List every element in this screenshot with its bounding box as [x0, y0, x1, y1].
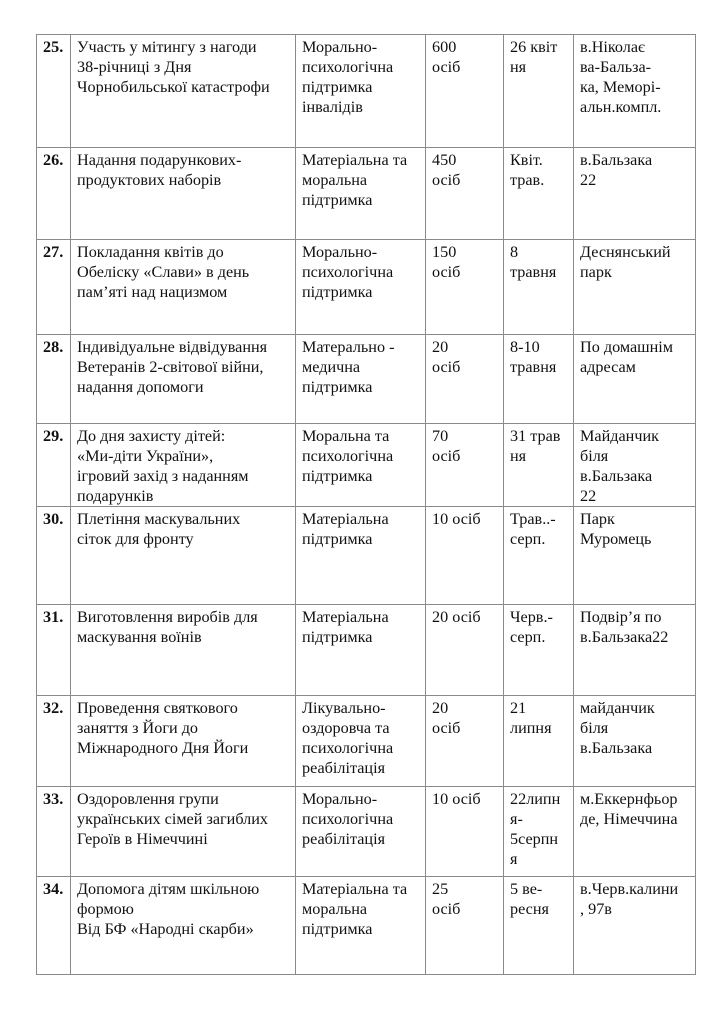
- table-row: 26.Надання подарункових- продуктових наб…: [37, 148, 696, 240]
- event-date-cell: 8 травня: [504, 240, 574, 335]
- table-row: 34.Допомога дітям шкільною формою Від БФ…: [37, 877, 696, 975]
- event-date-cell: 8-10 травня: [504, 335, 574, 424]
- support-type-cell: Матеріальна підтримка: [296, 605, 426, 696]
- table-row: 29.До дня захисту дітей: «Ми-діти Україн…: [37, 424, 696, 507]
- event-name-cell: Участь у мітингу з нагоди 38-річниці з Д…: [71, 35, 296, 148]
- row-number-cell: 34.: [37, 877, 71, 975]
- participants-count-cell: 10 осіб: [426, 787, 504, 877]
- row-number-cell: 31.: [37, 605, 71, 696]
- event-date-cell: 31 трав ня: [504, 424, 574, 507]
- event-date-cell: Трав..- серп.: [504, 507, 574, 605]
- table-row: 27.Покладання квітів до Обеліску «Слави»…: [37, 240, 696, 335]
- event-date-cell: Квіт. трав.: [504, 148, 574, 240]
- participants-count-cell: 600 осіб: [426, 35, 504, 148]
- participants-count-cell: 150 осіб: [426, 240, 504, 335]
- support-type-cell: Морально- психологічна реабілітація: [296, 787, 426, 877]
- row-number-cell: 28.: [37, 335, 71, 424]
- event-place-cell: в.Черв.калини , 97в: [574, 877, 696, 975]
- support-type-cell: Морально- психологічна підтримка: [296, 240, 426, 335]
- event-place-cell: По домашнім адресам: [574, 335, 696, 424]
- table-row: 30. Плетіння маскувальних сіток для фрон…: [37, 507, 696, 605]
- event-date-cell: 21 липня: [504, 696, 574, 787]
- table-row: 32.Проведення святкового заняття з Йоги …: [37, 696, 696, 787]
- support-type-cell: Морально- психологічна підтримка інвалід…: [296, 35, 426, 148]
- event-date-cell: 5 ве- ресня: [504, 877, 574, 975]
- row-number-cell: 27.: [37, 240, 71, 335]
- row-number-cell: 33.: [37, 787, 71, 877]
- participants-count-cell: 20 осіб: [426, 696, 504, 787]
- participants-count-cell: 20 осіб: [426, 605, 504, 696]
- support-type-cell: Матеріальна підтримка: [296, 507, 426, 605]
- row-number-cell: 25.: [37, 35, 71, 148]
- row-number-cell: 32.: [37, 696, 71, 787]
- event-place-cell: Деснянський парк: [574, 240, 696, 335]
- event-name-cell: Плетіння маскувальних сіток для фронту: [71, 507, 296, 605]
- events-table: 25.Участь у мітингу з нагоди 38-річниці …: [36, 34, 696, 975]
- events-table-body: 25.Участь у мітингу з нагоди 38-річниці …: [37, 35, 696, 975]
- row-number-cell: 29.: [37, 424, 71, 507]
- participants-count-cell: 20 осіб: [426, 335, 504, 424]
- table-row: 33. Оздоровлення групи українських сімей…: [37, 787, 696, 877]
- event-place-cell: в.Ніколає ва-Бальза- ка, Меморі- альн.ко…: [574, 35, 696, 148]
- event-place-cell: Майданчик біля в.Бальзака 22: [574, 424, 696, 507]
- event-name-cell: Надання подарункових- продуктових наборі…: [71, 148, 296, 240]
- support-type-cell: Матеріальна та моральна підтримка: [296, 877, 426, 975]
- event-date-cell: 26 квіт ня: [504, 35, 574, 148]
- event-name-cell: Покладання квітів до Обеліску «Слави» в …: [71, 240, 296, 335]
- event-name-cell: Проведення святкового заняття з Йоги до …: [71, 696, 296, 787]
- support-type-cell: Моральна та психологічна підтримка: [296, 424, 426, 507]
- event-name-cell: Виготовлення виробів для маскування воїн…: [71, 605, 296, 696]
- participants-count-cell: 10 осіб: [426, 507, 504, 605]
- participants-count-cell: 70 осіб: [426, 424, 504, 507]
- row-number-cell: 30.: [37, 507, 71, 605]
- participants-count-cell: 450 осіб: [426, 148, 504, 240]
- support-type-cell: Матеріальна та моральна підтримка: [296, 148, 426, 240]
- support-type-cell: Матерально - медична підтримка: [296, 335, 426, 424]
- event-place-cell: Парк Муромець: [574, 507, 696, 605]
- event-place-cell: майданчик біля в.Бальзака: [574, 696, 696, 787]
- event-name-cell: Індивідуальне відвідування Ветеранів 2-с…: [71, 335, 296, 424]
- event-date-cell: Черв.- серп.: [504, 605, 574, 696]
- support-type-cell: Лікувально- оздоровча та психологічна ре…: [296, 696, 426, 787]
- table-row: 28.Індивідуальне відвідування Ветеранів …: [37, 335, 696, 424]
- event-name-cell: Оздоровлення групи українських сімей заг…: [71, 787, 296, 877]
- event-name-cell: До дня захисту дітей: «Ми-діти України»,…: [71, 424, 296, 507]
- event-date-cell: 22липн я- 5серпн я: [504, 787, 574, 877]
- participants-count-cell: 25 осіб: [426, 877, 504, 975]
- event-place-cell: в.Бальзака 22: [574, 148, 696, 240]
- table-row: 25.Участь у мітингу з нагоди 38-річниці …: [37, 35, 696, 148]
- table-row: 31. Виготовлення виробів для маскування …: [37, 605, 696, 696]
- row-number-cell: 26.: [37, 148, 71, 240]
- event-name-cell: Допомога дітям шкільною формою Від БФ «Н…: [71, 877, 296, 975]
- event-place-cell: Подвір’я по в.Бальзака22: [574, 605, 696, 696]
- event-place-cell: м.Еккернфьор де, Німеччина: [574, 787, 696, 877]
